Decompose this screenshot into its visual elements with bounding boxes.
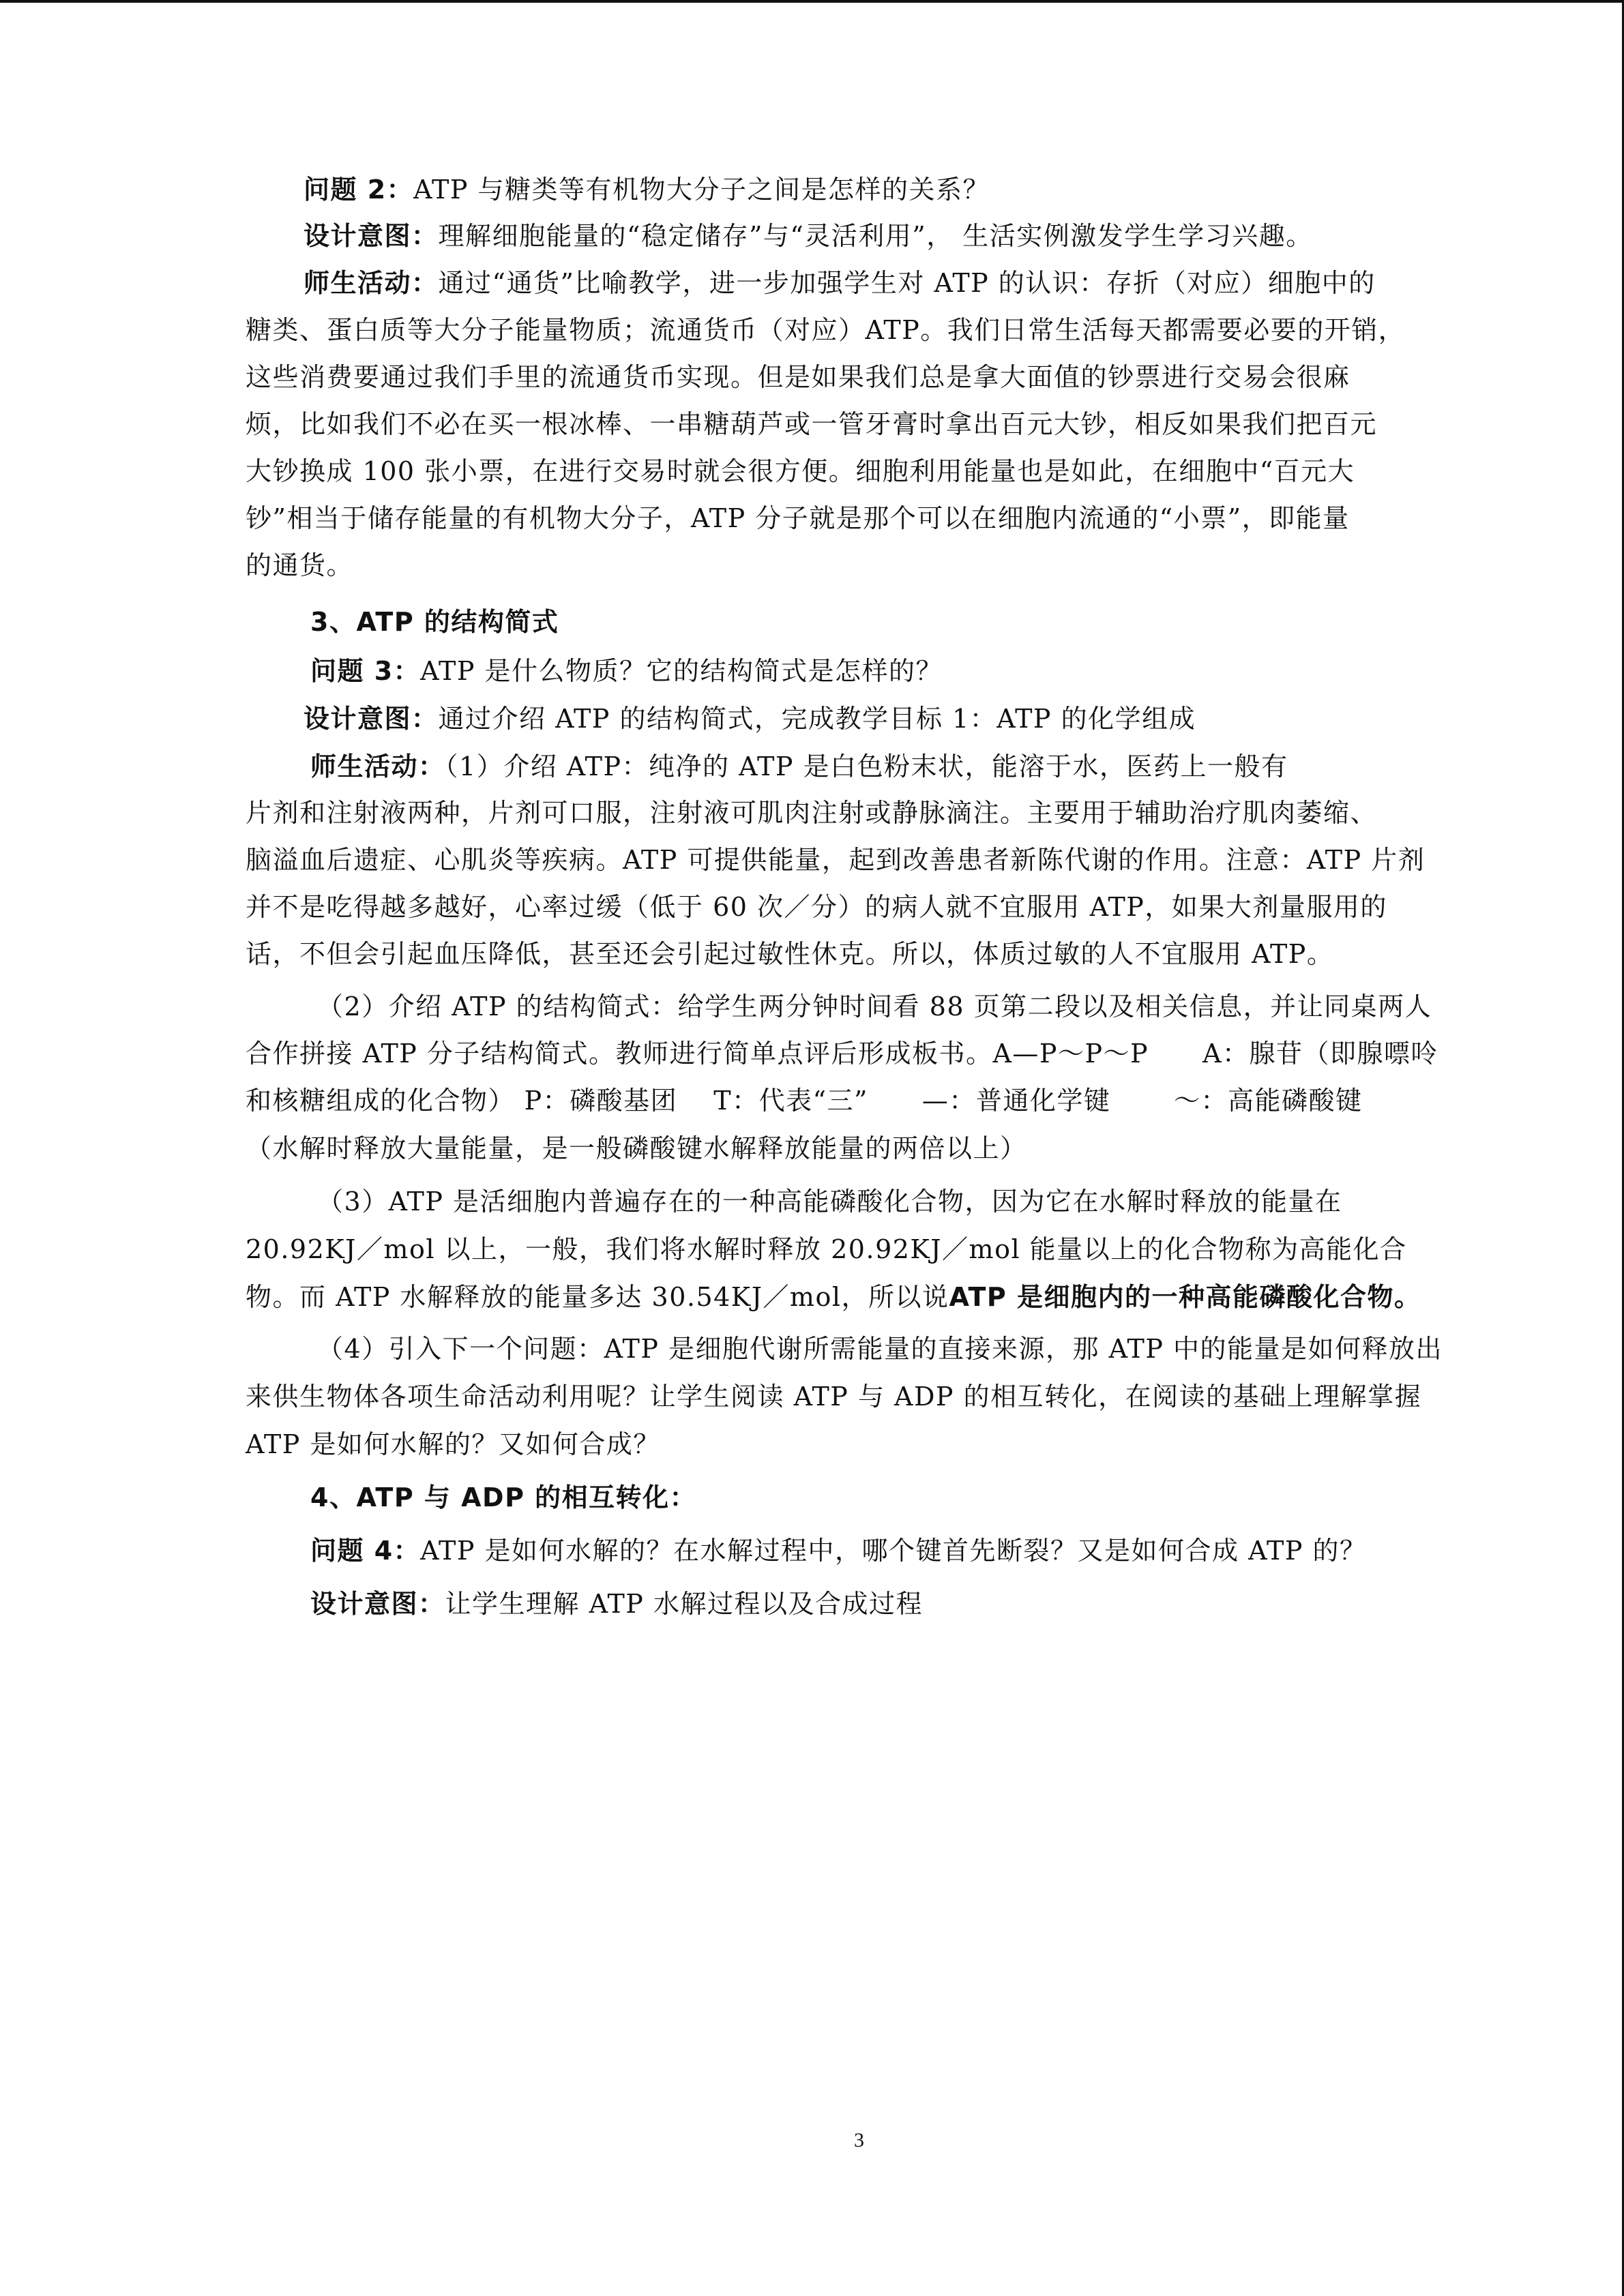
- activity-2-line-2: 这些消费要通过我们手里的流通货币实现。但是如果我们总是拿大面值的钞票进行交易会很…: [246, 361, 1350, 393]
- activity-2-line-0: 师生活动：通过“通货”比喻教学，进一步加强学生对 ATP 的认识：存折（对应）细…: [304, 267, 1376, 299]
- design-intent-label: 设计意图：: [310, 1589, 445, 1619]
- design-intent-text: 通过介绍 ATP 的结构简式，完成教学目标 1：ATP 的化学组成: [439, 704, 1196, 734]
- design-intent-text: 理解细胞能量的“稳定储存”与“灵活利用”， 生活实例激发学生学习兴趣。: [439, 221, 1313, 251]
- design-intent-2: 设计意图：理解细胞能量的“稳定储存”与“灵活利用”， 生活实例激发学生学习兴趣。: [304, 220, 1313, 252]
- activity-3-line-2: 脑溢血后遗症、心肌炎等疾病。ATP 可提供能量，起到改善患者新陈代谢的作用。注意…: [246, 844, 1425, 876]
- question-label: 问题 3：: [310, 656, 420, 686]
- part2-line-3: （水解时释放大量能量，是一般磷酸键水解释放能量的两倍以上）: [246, 1132, 1027, 1165]
- page-top-border: [0, 0, 1624, 3]
- question-label: 问题 2：: [304, 175, 413, 205]
- page-number: 3: [854, 2129, 864, 2152]
- activity-3-line-4: 话，不但会引起血压降低，甚至还会引起过敏性休克。所以，体质过敏的人不宜服用 AT…: [246, 938, 1333, 970]
- design-intent-4: 设计意图：让学生理解 ATP 水解过程以及合成过程: [310, 1587, 923, 1620]
- design-intent-label: 设计意图：: [304, 704, 439, 734]
- activity-2-line-6: 的通货。: [246, 549, 353, 582]
- activity-2-line-1: 糖类、蛋白质等大分子能量物质；流通货币（对应）ATP。我们日常生活每天都需要必要…: [246, 314, 1405, 346]
- part4-line-1: 来供生物体各项生命活动利用呢？让学生阅读 ATP 与 ADP 的相互转化，在阅读…: [246, 1380, 1421, 1413]
- design-intent-label: 设计意图：: [304, 221, 439, 251]
- activity-3-line-3: 并不是吃得越多越好，心率过缓（低于 60 次／分）的病人就不宜服用 ATP，如果…: [246, 891, 1387, 923]
- part4-line-0: （4）引入下一个问题：ATP 是细胞代谢所需能量的直接来源，那 ATP 中的能量…: [317, 1332, 1443, 1365]
- part3-line-0: （3）ATP 是活细胞内普遍存在的一种高能磷酸化合物，因为它在水解时释放的能量在: [317, 1185, 1342, 1218]
- activity-2-line-3: 烦，比如我们不必在买一根冰棒、一串糖葫芦或一管牙膏时拿出百元大钞，相反如果我们把…: [246, 408, 1377, 441]
- activity-3-line-0: 师生活动：（1）介绍 ATP：纯净的 ATP 是白色粉末状，能溶于水，医药上一般…: [310, 750, 1288, 783]
- activity-3-line-1: 片剂和注射液两种，片剂可口服，注射液可肌肉注射或静脉滴注。主要用于辅助治疗肌肉萎…: [246, 796, 1377, 829]
- design-intent-text: 让学生理解 ATP 水解过程以及合成过程: [445, 1589, 923, 1619]
- question-2: 问题 2：ATP 与糖类等有机物大分子之间是怎样的关系？: [304, 173, 990, 206]
- part4-line-2: ATP 是如何水解的？又如何合成？: [246, 1428, 660, 1461]
- part2-line-0: （2）介绍 ATP 的结构简式：给学生两分钟时间看 88 页第二段以及相关信息，…: [317, 990, 1432, 1023]
- part3-line-2: 物。而 ATP 水解释放的能量多达 30.54KJ／mol，所以说ATP 是细胞…: [246, 1281, 1421, 1313]
- activity-text: 通过“通货”比喻教学，进一步加强学生对 ATP 的认识：存折（对应）细胞中的: [439, 268, 1376, 298]
- activity-text: （1）介绍 ATP：纯净的 ATP 是白色粉末状，能溶于水，医药上一般有: [445, 751, 1288, 781]
- part2-line-2: 和核糖组成的化合物） P：磷酸基团 T：代表“三” —：普通化学键 ～：高能磷酸…: [246, 1084, 1363, 1117]
- question-3: 问题 3：ATP 是什么物质？它的结构简式是怎样的？: [310, 655, 943, 687]
- activity-2-line-5: 钞”相当于储存能量的有机物大分子，ATP 分子就是那个可以在细胞内流通的“小票”…: [246, 502, 1350, 535]
- part3-normal-text: 物。而 ATP 水解释放的能量多达 30.54KJ／mol，所以说: [246, 1282, 949, 1312]
- question-label: 问题 4：: [310, 1536, 420, 1566]
- question-4: 问题 4：ATP 是如何水解的？在水解过程中，哪个键首先断裂？又是如何合成 AT…: [310, 1534, 1366, 1567]
- section-3-heading: 3、ATP 的结构简式: [310, 606, 559, 638]
- activity-label: 师生活动：: [310, 751, 445, 781]
- part3-line-1: 20.92KJ／mol 以上，一般，我们将水解时释放 20.92KJ／mol 能…: [246, 1233, 1407, 1266]
- section-4-heading: 4、ATP 与 ADP 的相互转化：: [310, 1481, 696, 1514]
- question-text: ATP 与糖类等有机物大分子之间是怎样的关系？: [413, 175, 990, 205]
- question-text: ATP 是什么物质？它的结构简式是怎样的？: [420, 656, 943, 686]
- question-text: ATP 是如何水解的？在水解过程中，哪个键首先断裂？又是如何合成 ATP 的？: [420, 1536, 1366, 1566]
- part3-bold-conclusion: ATP 是细胞内的一种高能磷酸化合物。: [949, 1282, 1421, 1312]
- part2-line-1: 合作拼接 ATP 分子结构简式。教师进行简单点评后形成板书。A—P～P～P A：…: [246, 1037, 1438, 1070]
- activity-label: 师生活动：: [304, 268, 439, 298]
- design-intent-3: 设计意图：通过介绍 ATP 的结构简式，完成教学目标 1：ATP 的化学组成: [304, 702, 1196, 735]
- activity-2-line-4: 大钞换成 100 张小票，在进行交易时就会很方便。细胞利用能量也是如此，在细胞中…: [246, 455, 1355, 488]
